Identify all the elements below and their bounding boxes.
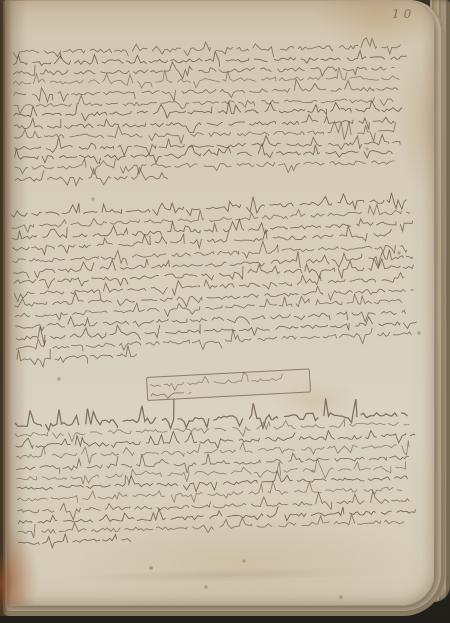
entry-3-handwriting [15,403,419,561]
boxed-note-handwriting [150,371,309,401]
marginal-annotation-box [146,368,311,401]
folio-number: 10 [392,7,415,21]
entry-2-handwriting [11,191,419,378]
entry-1-handwriting [13,36,411,195]
manuscript-scan: 10 [0,0,450,623]
ink-layer: 10 [0,0,450,623]
